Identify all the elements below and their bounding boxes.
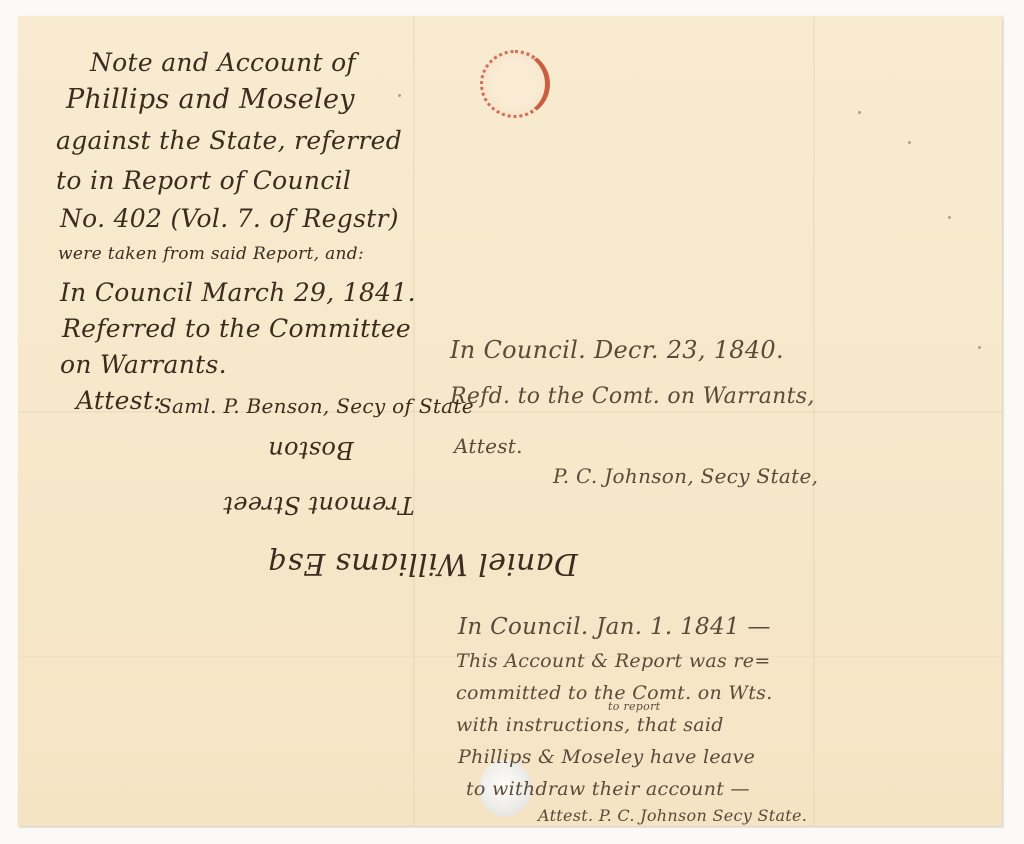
- note-line: In Council. Decr. 23, 1840.: [450, 336, 784, 364]
- vertical-fold-line: [413, 16, 415, 826]
- address-line: Boston: [268, 436, 354, 464]
- note-signature: P. C. Johnson, Secy State,: [553, 464, 818, 488]
- note-line: to withdraw their account —: [466, 778, 750, 800]
- interlinear-insert: to report: [608, 700, 660, 713]
- docket-line: Note and Account of: [90, 48, 356, 77]
- docket-line: Referred to the Committee: [62, 314, 411, 343]
- docket-line: No. 402 (Vol. 7. of Regstr): [60, 204, 399, 233]
- docket-line: were taken from said Report, and:: [58, 244, 364, 264]
- note-line: In Council. Jan. 1. 1841 —: [458, 614, 771, 640]
- vertical-fold-line: [813, 16, 815, 826]
- address-line: Daniel Williams Esq: [268, 546, 578, 581]
- paper-speckle: [948, 216, 951, 219]
- note-line: Phillips & Moseley have leave: [458, 746, 755, 768]
- document-paper: Note and Account of Phillips and Moseley…: [18, 16, 1002, 826]
- docket-line: against the State, referred: [56, 126, 402, 155]
- address-line: Tremont Street: [223, 491, 414, 519]
- note-line: with instructions, that said: [456, 714, 724, 736]
- red-seal-icon: [480, 50, 550, 118]
- note-line: Attest.: [454, 434, 523, 458]
- note-signature: Attest. P. C. Johnson Secy State.: [538, 806, 807, 825]
- paper-speckle: [978, 346, 981, 349]
- docket-line: Phillips and Moseley: [66, 84, 355, 115]
- docket-line: on Warrants.: [60, 350, 227, 379]
- paper-speckle: [908, 141, 911, 144]
- note-line: Refd. to the Comt. on Warrants,: [450, 384, 815, 409]
- paper-speckle: [398, 94, 401, 97]
- secretary-signature: Saml. P. Benson, Secy of State: [158, 394, 474, 418]
- note-line: This Account & Report was re=: [456, 650, 771, 672]
- paper-speckle: [858, 111, 861, 114]
- docket-line: In Council March 29, 1841.: [60, 278, 416, 307]
- docket-line: to in Report of Council: [56, 166, 351, 195]
- attest-label: Attest:: [76, 386, 162, 415]
